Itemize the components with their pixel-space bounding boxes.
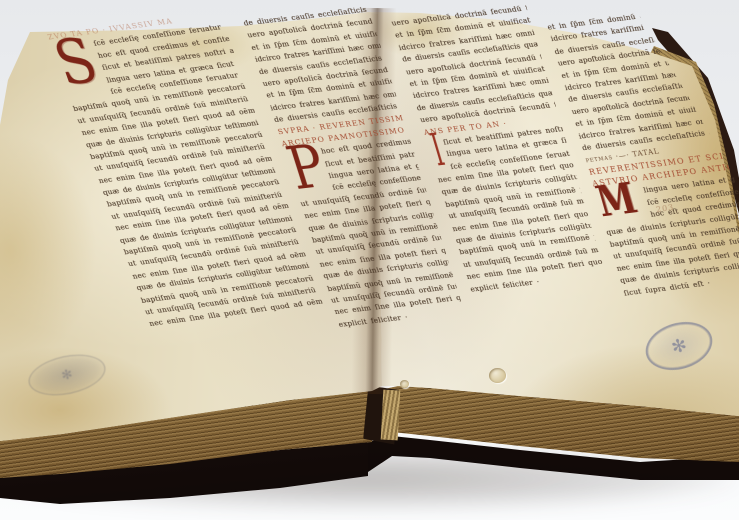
stamp-emblem-icon: ✻ — [669, 334, 689, 358]
parchment-hole — [489, 368, 506, 383]
spine-quire-tab — [381, 390, 401, 441]
photo-open-manuscript: ZVQ TA PO · IVVASSIV MA S ſcē eccleſię c… — [0, 0, 739, 520]
parchment-hole — [400, 380, 409, 388]
stamp-emblem-icon: ✻ — [60, 367, 74, 384]
